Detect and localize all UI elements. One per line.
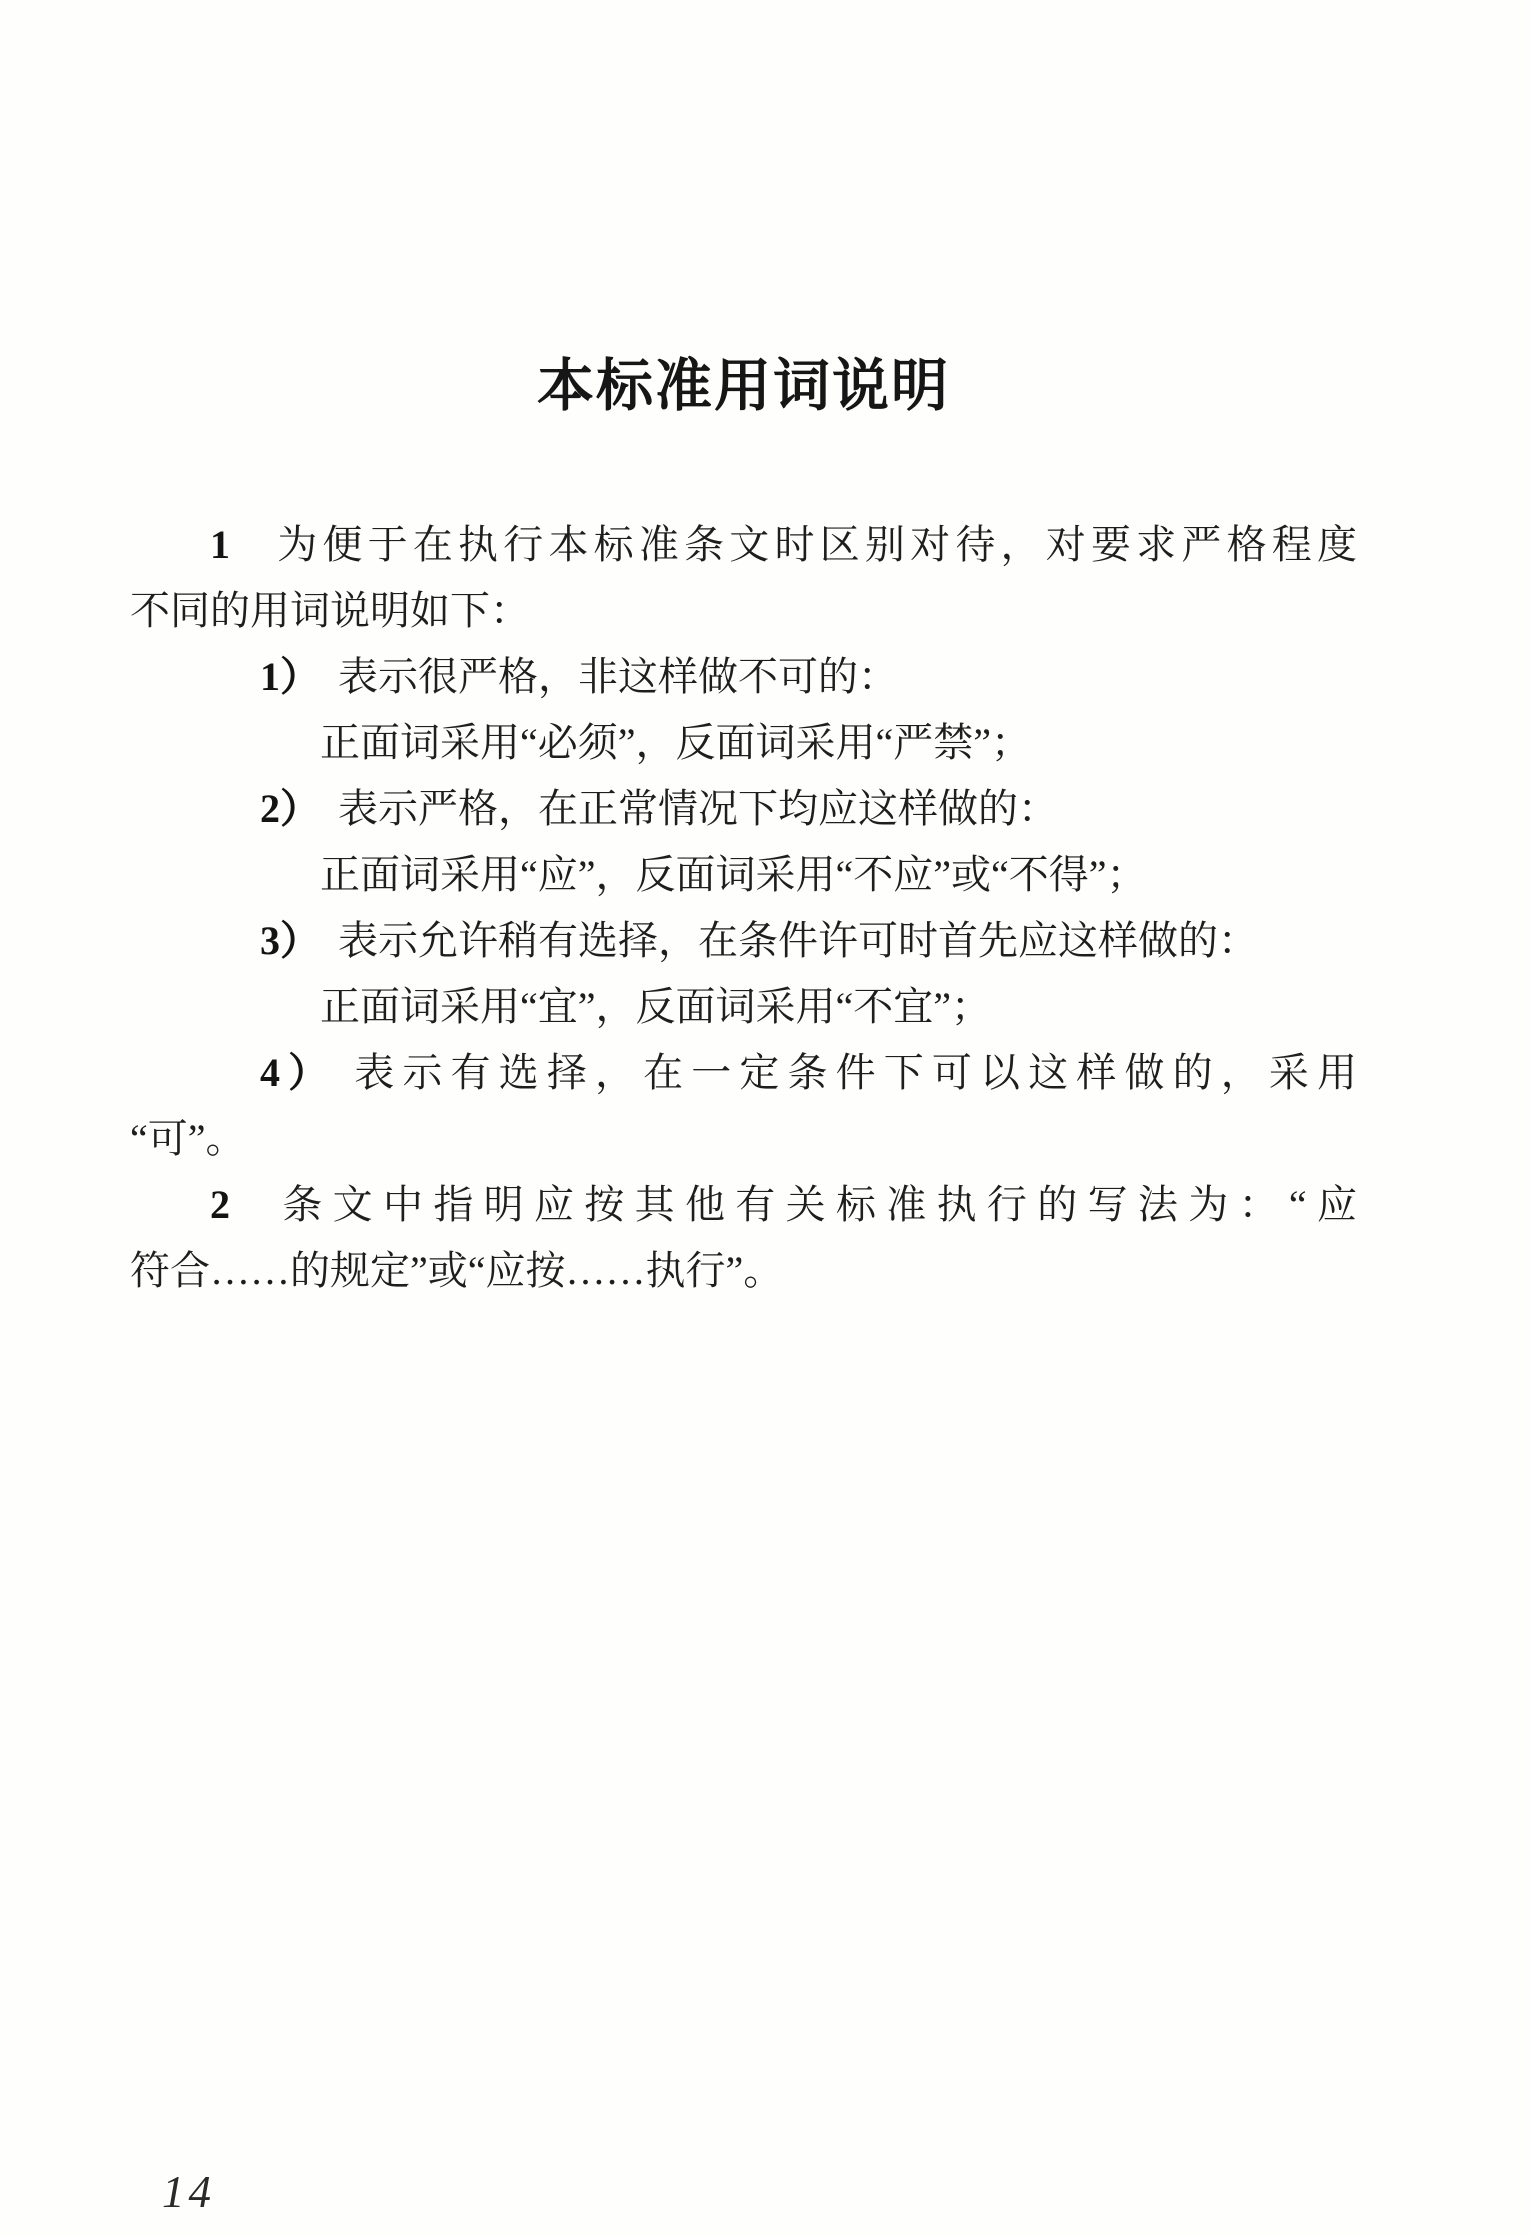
clause-1-line-1-text: 为便于在执行本标准条文时区别对待，对要求严格程度	[272, 522, 1357, 567]
clause-1-number: 1	[210, 522, 230, 567]
item-2-heading-text: 表示严格，在正常情况下均应这样做的：	[338, 786, 1058, 831]
clause-2-line-1: 2条文中指明应按其他有关标准执行的写法为：“应	[130, 1172, 1357, 1238]
clause-1-line-2-text: 不同的用词说明如下：	[130, 588, 530, 633]
clause-1-line-2: 不同的用词说明如下：	[130, 578, 1357, 644]
item-4-continuation-text: “可”。	[130, 1116, 246, 1161]
item-1-number: 1）	[260, 654, 320, 699]
item-1-detail: 正面词采用“必须”，反面词采用“严禁”；	[130, 710, 1357, 776]
item-2-number: 2）	[260, 786, 320, 831]
item-1-heading-text: 表示很严格，非这样做不可的：	[338, 654, 898, 699]
item-2-detail: 正面词采用“应”，反面词采用“不应”或“不得”；	[130, 842, 1357, 908]
item-3-heading: 3）表示允许稍有选择，在条件许可时首先应这样做的：	[130, 908, 1357, 974]
body-text: 1为便于在执行本标准条文时区别对待，对要求严格程度 不同的用词说明如下： 1）表…	[130, 512, 1357, 1304]
item-3-heading-text: 表示允许稍有选择，在条件许可时首先应这样做的：	[338, 918, 1258, 963]
clause-2-number: 2	[210, 1182, 230, 1227]
clause-2-line-1-text: 条文中指明应按其他有关标准执行的写法为：“应	[272, 1182, 1357, 1227]
clause-1-line-1: 1为便于在执行本标准条文时区别对待，对要求严格程度	[130, 512, 1357, 578]
item-4-heading: 4）表示有选择，在一定条件下可以这样做的，采用	[130, 1040, 1357, 1106]
page-number: 14	[162, 2166, 215, 2218]
clause-2-line-2-text: 符合……的规定”或“应按……执行”。	[130, 1248, 783, 1293]
item-3-number: 3）	[260, 918, 320, 963]
item-3-detail: 正面词采用“宜”，反面词采用“不宜”；	[130, 974, 1357, 1040]
item-2-heading: 2）表示严格，在正常情况下均应这样做的：	[130, 776, 1357, 842]
item-2-detail-text: 正面词采用“应”，反面词采用“不应”或“不得”；	[320, 852, 1147, 897]
item-1-detail-text: 正面词采用“必须”，反面词采用“严禁”；	[320, 720, 1031, 765]
item-3-detail-text: 正面词采用“宜”，反面词采用“不宜”；	[320, 984, 991, 1029]
item-4-continuation: “可”。	[130, 1106, 1357, 1172]
item-4-heading-text: 表示有选择，在一定条件下可以这样做的，采用	[354, 1050, 1357, 1095]
item-4-number: 4）	[260, 1050, 336, 1095]
document-page: 本标准用词说明 1为便于在执行本标准条文时区别对待，对要求严格程度 不同的用词说…	[0, 0, 1530, 2237]
page-title: 本标准用词说明	[130, 340, 1357, 422]
clause-2-line-2: 符合……的规定”或“应按……执行”。	[130, 1238, 1357, 1304]
item-1-heading: 1）表示很严格，非这样做不可的：	[130, 644, 1357, 710]
